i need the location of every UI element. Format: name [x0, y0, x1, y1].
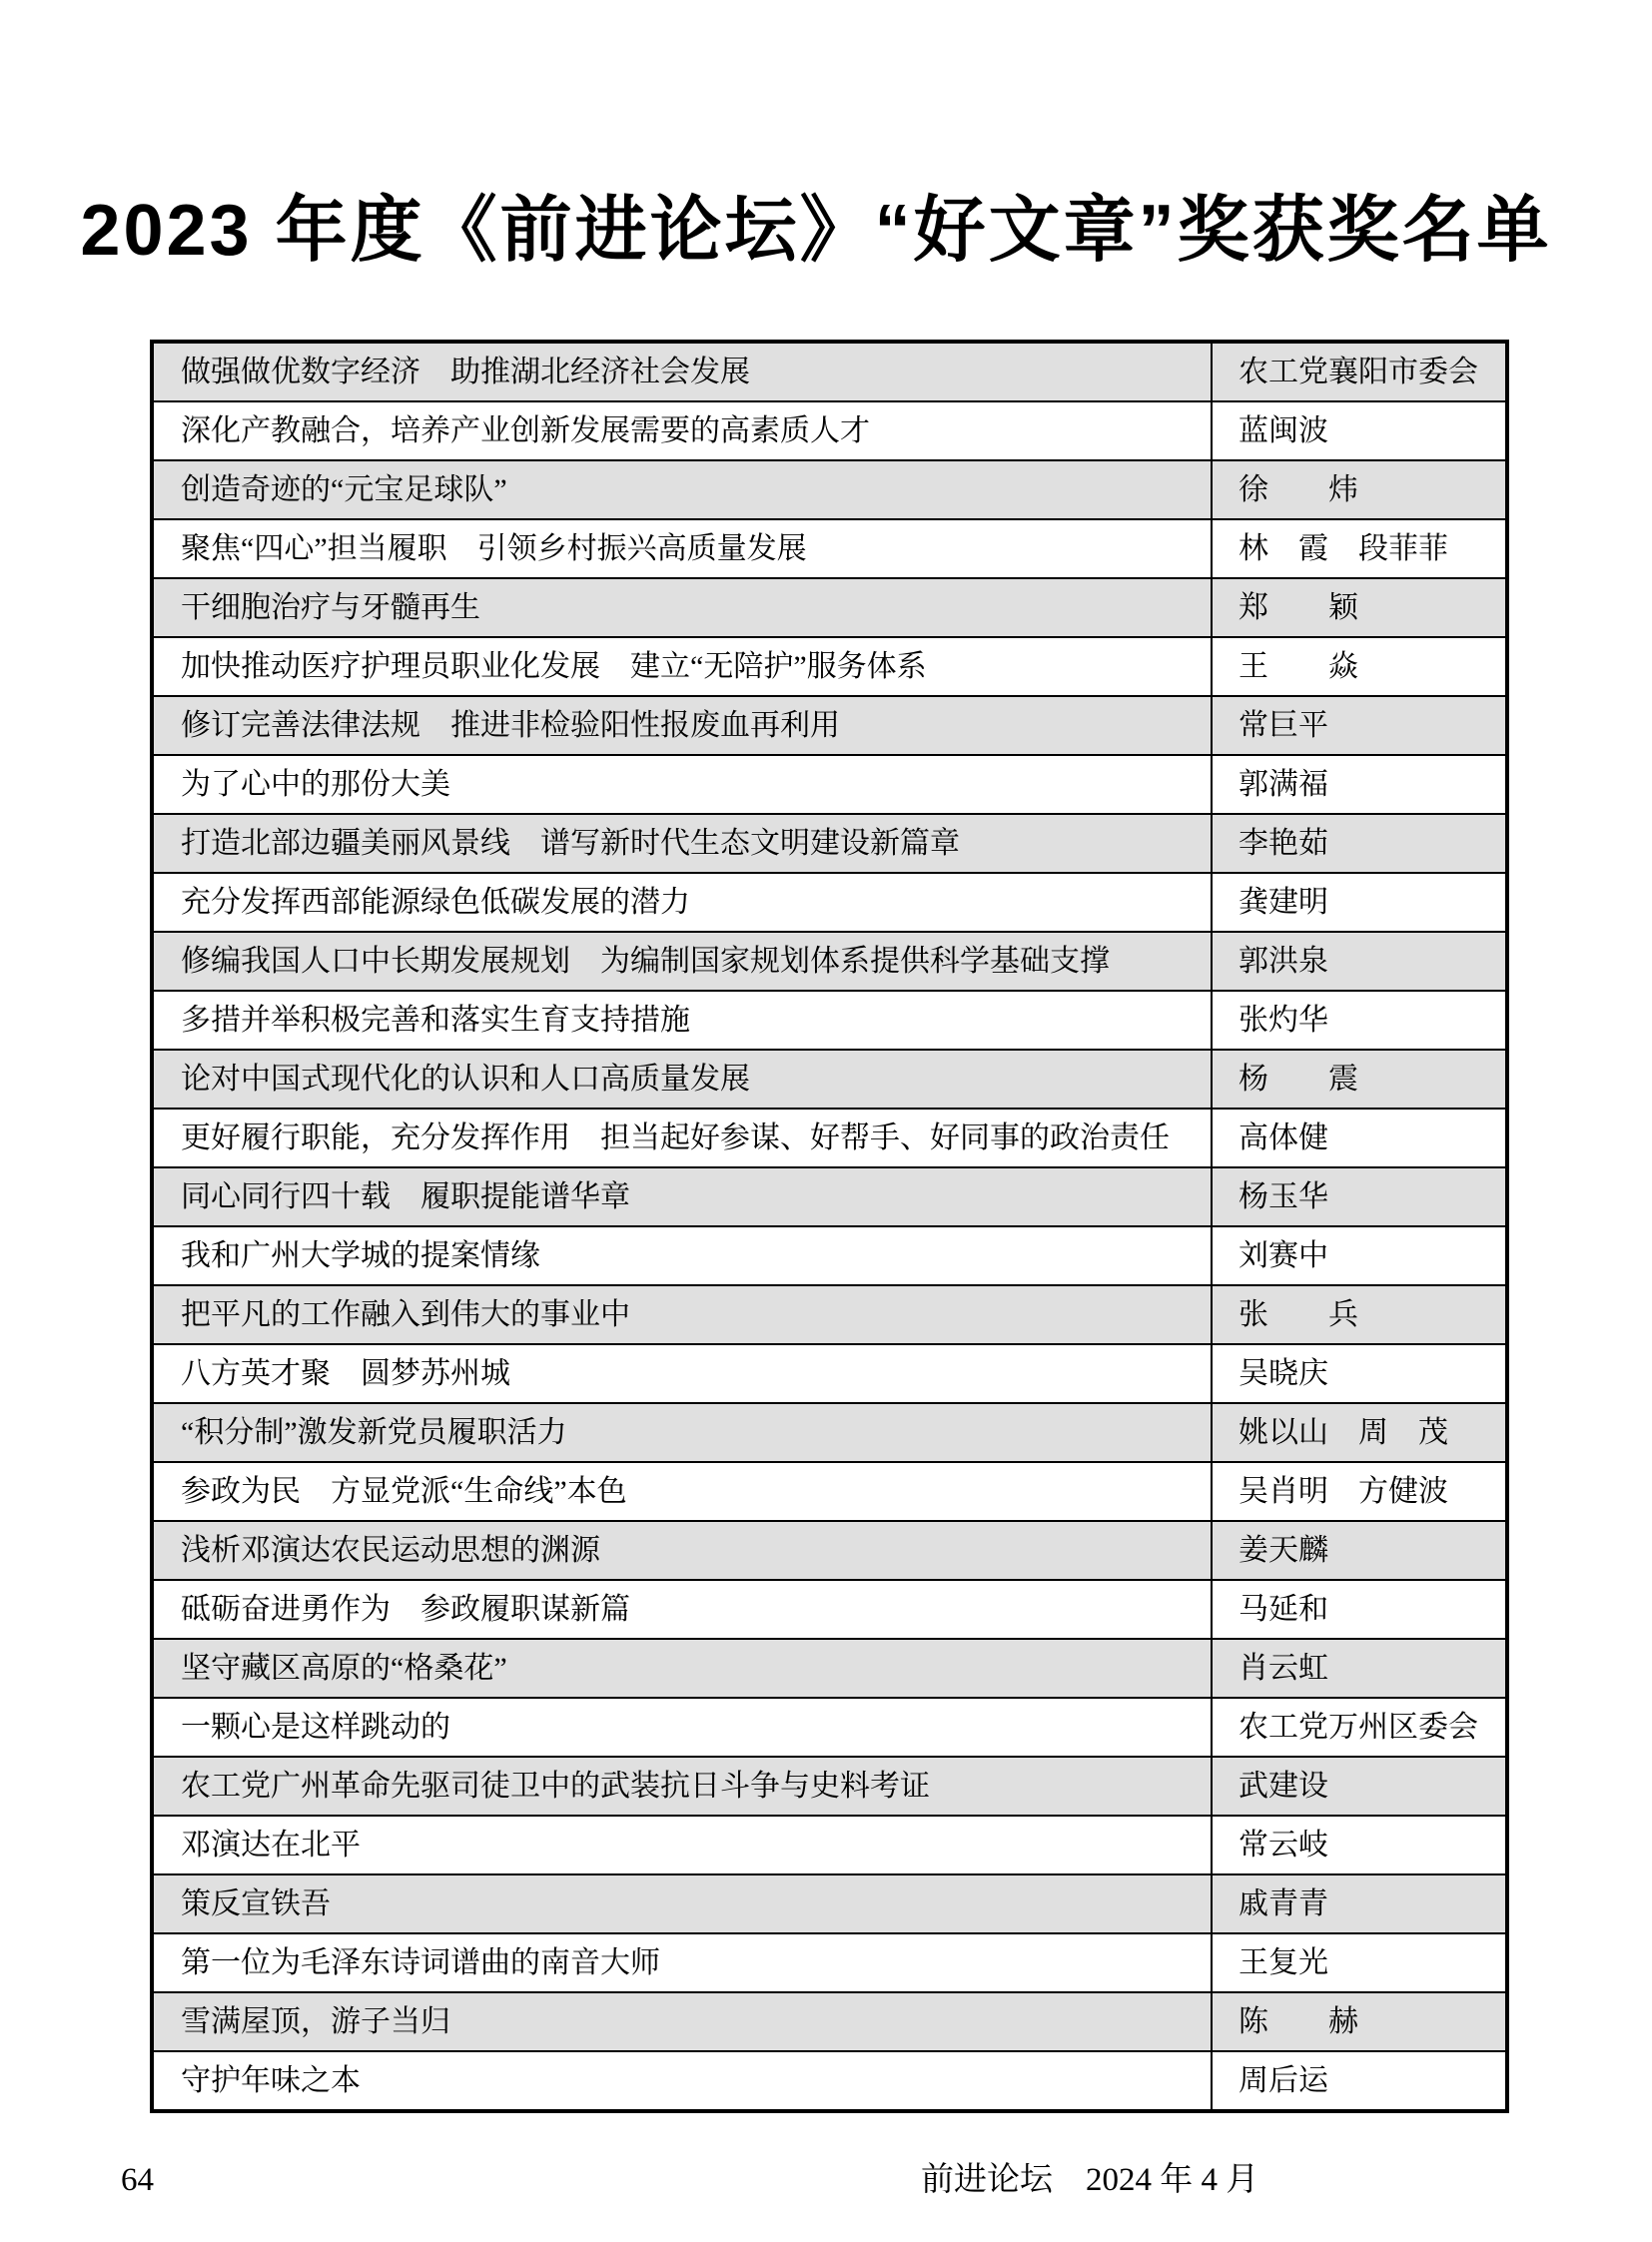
table-row: 策反宣铁吾戚青青: [154, 1873, 1505, 1932]
author-cell: 王 焱: [1211, 638, 1505, 695]
table-row: 坚守藏区高原的“格桑花”肖云虹: [154, 1638, 1505, 1697]
article-title-cell: 聚焦“四心”担当履职 引领乡村振兴高质量发展: [154, 520, 1211, 577]
article-title-cell: 为了心中的那份大美: [154, 756, 1211, 813]
author-cell: 肖云虹: [1211, 1640, 1505, 1697]
author-cell: 徐 炜: [1211, 461, 1505, 518]
article-title-cell: 深化产教融合，培养产业创新发展需要的高素质人才: [154, 402, 1211, 459]
table-row: 农工党广州革命先驱司徒卫中的武装抗日斗争与史料考证武建设: [154, 1756, 1505, 1815]
table-row: 八方英才聚 圆梦苏州城吴晓庆: [154, 1343, 1505, 1402]
author-cell: 戚青青: [1211, 1875, 1505, 1932]
author-cell: 周后运: [1211, 2052, 1505, 2109]
article-title-cell: 策反宣铁吾: [154, 1875, 1211, 1932]
author-cell: 郑 颖: [1211, 579, 1505, 636]
article-title-cell: 守护年味之本: [154, 2052, 1211, 2109]
article-title-cell: 邓演达在北平: [154, 1817, 1211, 1873]
table-row: 我和广州大学城的提案情缘刘赛中: [154, 1225, 1505, 1284]
author-cell: 刘赛中: [1211, 1227, 1505, 1284]
article-title-cell: 浅析邓演达农民运动思想的渊源: [154, 1522, 1211, 1579]
author-cell: 林 霞 段菲菲: [1211, 520, 1505, 577]
article-title-cell: 把平凡的工作融入到伟大的事业中: [154, 1286, 1211, 1343]
author-cell: 蓝闽波: [1211, 402, 1505, 459]
table-row: 砥砺奋进勇作为 参政履职谋新篇马延和: [154, 1579, 1505, 1638]
article-title-cell: 打造北部边疆美丽风景线 谱写新时代生态文明建设新篇章: [154, 815, 1211, 872]
table-row: 同心同行四十载 履职提能谱华章杨玉华: [154, 1166, 1505, 1225]
author-cell: 吴晓庆: [1211, 1345, 1505, 1402]
article-title-cell: 修编我国人口中长期发展规划 为编制国家规划体系提供科学基础支撑: [154, 933, 1211, 990]
article-title-cell: 坚守藏区高原的“格桑花”: [154, 1640, 1211, 1697]
article-title-cell: 同心同行四十载 履职提能谱华章: [154, 1168, 1211, 1225]
author-cell: 农工党万州区委会: [1211, 1699, 1505, 1756]
table-row: 一颗心是这样跳动的农工党万州区委会: [154, 1697, 1505, 1756]
table-row: 干细胞治疗与牙髓再生郑 颖: [154, 577, 1505, 636]
author-cell: 李艳茹: [1211, 815, 1505, 872]
article-title-cell: 干细胞治疗与牙髓再生: [154, 579, 1211, 636]
article-title-cell: “积分制”激发新党员履职活力: [154, 1404, 1211, 1461]
table-row: 创造奇迹的“元宝足球队”徐 炜: [154, 459, 1505, 518]
article-title-cell: 第一位为毛泽东诗词谱曲的南音大师: [154, 1934, 1211, 1991]
table-row: 守护年味之本周后运: [154, 2050, 1505, 2109]
table-row: 论对中国式现代化的认识和人口高质量发展杨 震: [154, 1049, 1505, 1108]
page-title: 2023 年度《前进论坛》“好文章”奖获奖名单: [0, 172, 1632, 276]
author-cell: 吴肖明 方健波: [1211, 1463, 1505, 1520]
article-title-cell: 修订完善法律法规 推进非检验阳性报废血再利用: [154, 697, 1211, 754]
article-title-cell: 做强做优数字经济 助推湖北经济社会发展: [154, 344, 1211, 400]
author-cell: 杨玉华: [1211, 1168, 1505, 1225]
table-row: 加快推动医疗护理员职业化发展 建立“无陪护”服务体系王 焱: [154, 636, 1505, 695]
article-title-cell: 雪满屋顶，游子当归: [154, 1993, 1211, 2050]
page-footer: 64 前进论坛 2024 年 4 月: [0, 2157, 1652, 2203]
table-row: 聚焦“四心”担当履职 引领乡村振兴高质量发展林 霞 段菲菲: [154, 518, 1505, 577]
table-row: 多措并举积极完善和落实生育支持措施张灼华: [154, 990, 1505, 1049]
article-title-cell: 八方英才聚 圆梦苏州城: [154, 1345, 1211, 1402]
article-title-cell: 更好履行职能，充分发挥作用 担当起好参谋、好帮手、好同事的政治责任: [154, 1110, 1211, 1166]
page-number: 64: [121, 2157, 154, 2203]
author-cell: 杨 震: [1211, 1051, 1505, 1108]
author-cell: 姚以山 周 茂: [1211, 1404, 1505, 1461]
table-row: 修订完善法律法规 推进非检验阳性报废血再利用常巨平: [154, 695, 1505, 754]
table-row: 为了心中的那份大美郭满福: [154, 754, 1505, 813]
table-row: 把平凡的工作融入到伟大的事业中张 兵: [154, 1284, 1505, 1343]
table-row: 打造北部边疆美丽风景线 谱写新时代生态文明建设新篇章李艳茹: [154, 813, 1505, 872]
author-cell: 农工党襄阳市委会: [1211, 344, 1505, 400]
table-row: “积分制”激发新党员履职活力姚以山 周 茂: [154, 1402, 1505, 1461]
author-cell: 郭洪泉: [1211, 933, 1505, 990]
award-winners-table: 做强做优数字经济 助推湖北经济社会发展农工党襄阳市委会深化产教融合，培养产业创新…: [150, 340, 1509, 2113]
article-title-cell: 加快推动医疗护理员职业化发展 建立“无陪护”服务体系: [154, 638, 1211, 695]
author-cell: 武建设: [1211, 1758, 1505, 1815]
article-title-cell: 充分发挥西部能源绿色低碳发展的潜力: [154, 874, 1211, 931]
table-row: 第一位为毛泽东诗词谱曲的南音大师王复光: [154, 1932, 1505, 1991]
author-cell: 常云岐: [1211, 1817, 1505, 1873]
table-row: 邓演达在北平常云岐: [154, 1815, 1505, 1873]
article-title-cell: 一颗心是这样跳动的: [154, 1699, 1211, 1756]
table-row: 参政为民 方显党派“生命线”本色吴肖明 方健波: [154, 1461, 1505, 1520]
article-title-cell: 我和广州大学城的提案情缘: [154, 1227, 1211, 1284]
author-cell: 郭满福: [1211, 756, 1505, 813]
author-cell: 张 兵: [1211, 1286, 1505, 1343]
table-row: 更好履行职能，充分发挥作用 担当起好参谋、好帮手、好同事的政治责任高体健: [154, 1108, 1505, 1166]
author-cell: 张灼华: [1211, 992, 1505, 1049]
table-row: 雪满屋顶，游子当归陈 赫: [154, 1991, 1505, 2050]
author-cell: 高体健: [1211, 1110, 1505, 1166]
article-title-cell: 砥砺奋进勇作为 参政履职谋新篇: [154, 1581, 1211, 1638]
article-title-cell: 多措并举积极完善和落实生育支持措施: [154, 992, 1211, 1049]
author-cell: 常巨平: [1211, 697, 1505, 754]
journal-page: 2023 年度《前进论坛》“好文章”奖获奖名单 做强做优数字经济 助推湖北经济社…: [0, 0, 1652, 2242]
article-title-cell: 农工党广州革命先驱司徒卫中的武装抗日斗争与史料考证: [154, 1758, 1211, 1815]
article-title-cell: 论对中国式现代化的认识和人口高质量发展: [154, 1051, 1211, 1108]
table-row: 深化产教融合，培养产业创新发展需要的高素质人才蓝闽波: [154, 400, 1505, 459]
author-cell: 王复光: [1211, 1934, 1505, 1991]
article-title-cell: 参政为民 方显党派“生命线”本色: [154, 1463, 1211, 1520]
table-row: 充分发挥西部能源绿色低碳发展的潜力龚建明: [154, 872, 1505, 931]
author-cell: 姜天麟: [1211, 1522, 1505, 1579]
table-row: 做强做优数字经济 助推湖北经济社会发展农工党襄阳市委会: [154, 344, 1505, 400]
author-cell: 陈 赫: [1211, 1993, 1505, 2050]
author-cell: 马延和: [1211, 1581, 1505, 1638]
author-cell: 龚建明: [1211, 874, 1505, 931]
table-row: 浅析邓演达农民运动思想的渊源姜天麟: [154, 1520, 1505, 1579]
table-row: 修编我国人口中长期发展规划 为编制国家规划体系提供科学基础支撑郭洪泉: [154, 931, 1505, 990]
article-title-cell: 创造奇迹的“元宝足球队”: [154, 461, 1211, 518]
journal-issue-label: 前进论坛 2024 年 4 月: [921, 2157, 1258, 2203]
